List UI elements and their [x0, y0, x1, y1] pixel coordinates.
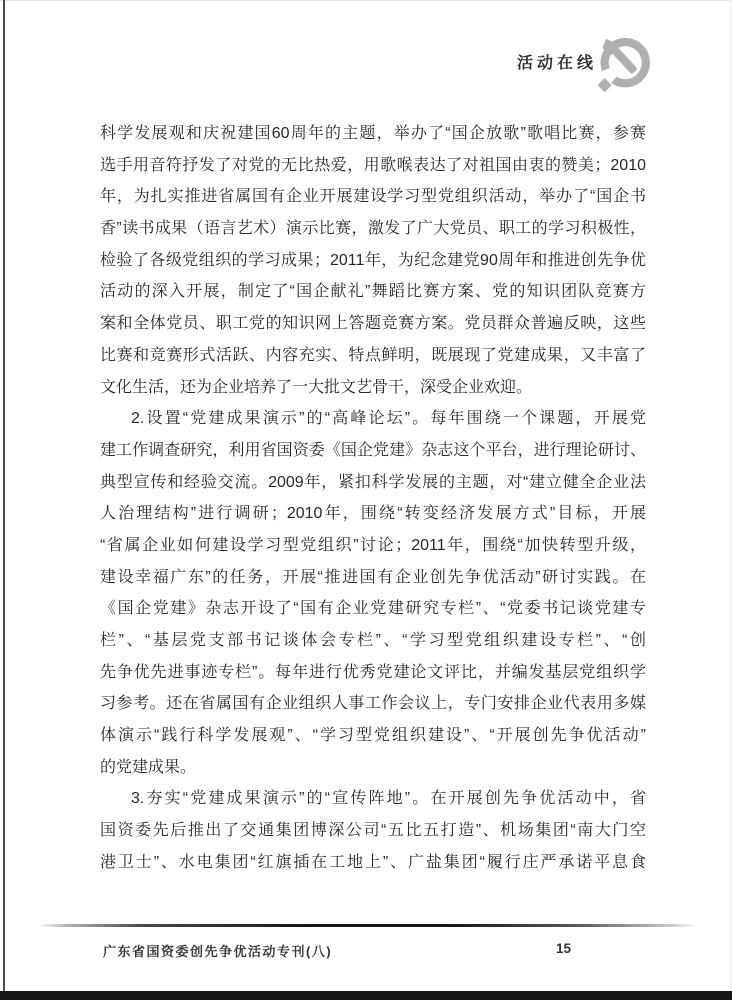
page-left-border [3, 0, 5, 991]
text-line: 体演示“践行科学发展观”、“学习型党组织建设”、“开展创先争优活动” [100, 720, 646, 752]
text-line: 案和全体党员、职工党的知识网上答题竞赛方案。党员群众普遍反映，这些 [100, 308, 646, 340]
footer-journal-title: 广东省国资委创先争优活动专刊(八) [103, 941, 332, 960]
page-right-edge-shadow [728, 0, 732, 1000]
footer-divider-rule [38, 924, 698, 927]
text-line: 先争优先进事迹专栏”。每年进行优秀党建论文评比，并编发基层党组织学 [100, 657, 646, 689]
text-line: 人治理结构”进行调研；2010年，围绕“转变经济发展方式”目标，开展 [100, 498, 646, 530]
text-line: 选手用音符抒发了对党的无比热爱，用歌喉表达了对祖国由衷的赞美；2010 [100, 150, 646, 182]
text-line: 香”读书成果（语言艺术）演示比赛，激发了广大党员、职工的学习积极性， [100, 213, 646, 245]
text-line: 国资委先后推出了交通集团博深公司“五比五打造”、机场集团“南大门空 [100, 815, 646, 847]
text-line: 港卫士”、水电集团“红旗插在工地上”、广盐集团“履行庄严承诺平息食 [100, 847, 646, 879]
document-page: 活动在线 科学发展观和庆祝建国60周年的主题，举办了“国企放歌”歌唱比赛，参赛 … [0, 0, 732, 1000]
section-header-label: 活动在线 [517, 50, 597, 73]
text-line: 《国企党建》杂志开设了“国有企业党建研究专栏”、“党委书记谈党建专 [100, 593, 646, 625]
page-bottom-bar [0, 991, 732, 1000]
text-line: 建设幸福广东”的任务，开展“推进国有企业创先争优活动”研讨实践。在 [100, 562, 646, 594]
text-line: 比赛和竞赛形式活跃、内容充实、特点鲜明，既展现了党建成果，又丰富了 [100, 340, 646, 372]
text-line: 习参考。还在省属国有企业组织人事工作会议上，专门安排企业代表用多媒 [100, 688, 646, 720]
text-line: “省属企业如何建设学习型党组织”讨论；2011年，围绕“加快转型升级， [100, 530, 646, 562]
text-line: 科学发展观和庆祝建国60周年的主题，举办了“国企放歌”歌唱比赛，参赛 [100, 118, 646, 150]
text-line: 栏”、“基层党支部书记谈体会专栏”、“学习型党组织建设专栏”、“创 [100, 625, 646, 657]
body-text-block: 科学发展观和庆祝建国60周年的主题，举办了“国企放歌”歌唱比赛，参赛 选手用音符… [100, 118, 646, 879]
page-top-edge [0, 0, 732, 1]
text-line: 年，为扎实推进省属国有企业开展建设学习型党组织活动，举办了“国企书 [100, 181, 646, 213]
page-number: 15 [556, 941, 571, 956]
text-line: 的党建成果。 [100, 752, 646, 784]
text-line: 活动的深入开展，制定了“国企献礼”舞蹈比赛方案、党的知识团队竞赛方 [100, 276, 646, 308]
text-line: 文化生活，还为企业培养了一大批文艺骨干，深受企业欢迎。 [100, 372, 646, 404]
text-line: 2.设置“党建成果演示”的“高峰论坛”。每年围绕一个课题，开展党 [100, 403, 646, 435]
party-emblem-icon [595, 35, 650, 94]
text-line: 3.夯实“党建成果演示”的“宣传阵地”。在开展创先争优活动中，省 [100, 783, 646, 815]
text-line: 检验了各级党组织的学习成果；2011年，为纪念建党90周年和推进创先争优 [100, 245, 646, 277]
text-line: 典型宣传和经验交流。2009年，紧扣科学发展的主题，对“建立健全企业法 [100, 467, 646, 499]
text-line: 建工作调查研究，利用省国资委《国企党建》杂志这个平台，进行理论研讨、 [100, 435, 646, 467]
